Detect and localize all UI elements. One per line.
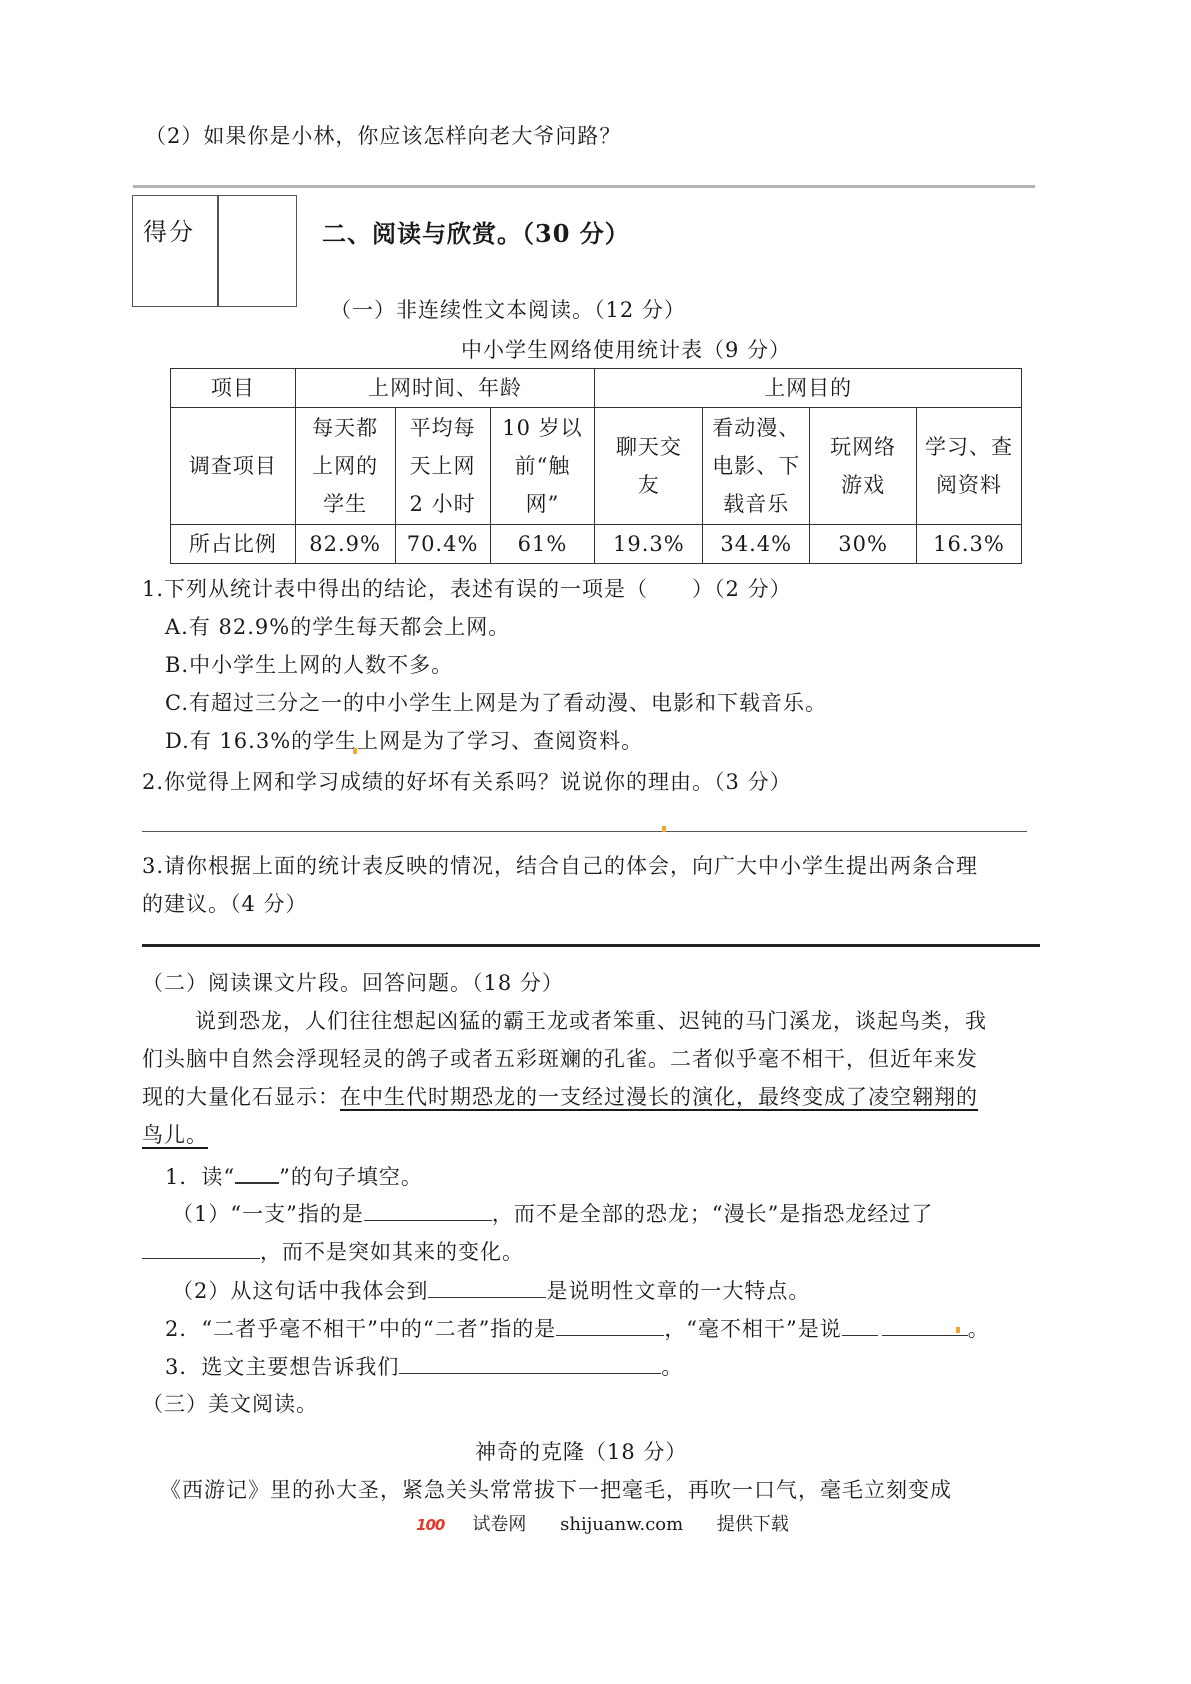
ratio-cell: 19.3% [595, 525, 703, 564]
part3-heading: （三）美文阅读。 [142, 1390, 318, 1418]
q-text: （1）“一支”指的是 [172, 1202, 364, 1226]
page-footer: 100试卷网 shijuanw.com 提供下载 [0, 1510, 1191, 1536]
ratio-cell: 30% [810, 525, 917, 564]
score-box: 得分 [132, 195, 297, 307]
q-text: 。 [968, 1317, 990, 1341]
q-text: （2）从这句话中我体会到 [172, 1279, 428, 1303]
statistics-table: 项目 上网时间、年龄 上网目的 调查项目 每天都 上网的 学生 平均每 天上网 … [170, 368, 1022, 564]
table-header-row: 项目 上网时间、年龄 上网目的 [171, 369, 1022, 408]
highlight-mark [956, 1327, 960, 1333]
cell-line: 阅资料 [921, 466, 1017, 504]
ratio-cell: 82.9% [295, 525, 395, 564]
q-text: ，而不是全部的恐龙；“漫长”是指恐龙经过了 [492, 1202, 933, 1226]
part2-q1-1-cont: ，而不是突如其来的变化。 [142, 1236, 524, 1266]
q-text: 。 [661, 1355, 683, 1379]
passage-text: 现的大量化石显示： [142, 1085, 340, 1109]
cell-line: 游戏 [814, 466, 912, 504]
part1-q1-stem: 1.下列从统计表中得出的结论，表述有误的一项是（ ）（2 分） [142, 575, 792, 603]
item-cell: 看动漫、 电影、下 载音乐 [703, 408, 810, 525]
q-text: ”的句子填空。 [279, 1165, 423, 1189]
row-label: 调查项目 [171, 408, 296, 525]
row-label: 所占比例 [171, 525, 296, 564]
q-text: ，而不是突如其来的变化。 [260, 1240, 524, 1264]
q-text: 1．读“ [165, 1165, 235, 1189]
highlight-mark [662, 826, 666, 832]
part2-q3: 3．选文主要想告诉我们。 [165, 1351, 683, 1381]
fill-blank[interactable] [842, 1313, 878, 1336]
passage-line: 现的大量化石显示：在中生代时期恐龙的一支经过漫长的演化，最终变成了凌空翱翔的 [142, 1083, 978, 1111]
score-label: 得分 [143, 212, 195, 247]
site-domain[interactable]: shijuanw.com [560, 1514, 683, 1535]
option-b: B.中小学生上网的人数不多。 [165, 651, 453, 679]
fill-blank[interactable] [142, 1236, 260, 1259]
header-cell: 项目 [171, 369, 296, 408]
header-cell: 上网时间、年龄 [295, 369, 595, 408]
q-text: 2．“二者乎毫不相干”中的“二者”指的是 [165, 1317, 556, 1341]
site-name: 试卷网 [472, 1514, 526, 1535]
item-cell: 聊天交 友 [595, 408, 703, 525]
cell-line: 2 小时 [400, 485, 486, 523]
part2-q2: 2．“二者乎毫不相干”中的“二者”指的是，“毫不相干”是说。 [165, 1313, 990, 1343]
cell-line: 载音乐 [707, 485, 805, 523]
article-title: 神奇的克隆（18 分） [475, 1438, 687, 1466]
part1-heading: （一）非连续性文本阅读。（12 分） [330, 296, 686, 324]
cell-line: 上网的 [300, 447, 391, 485]
cell-line: 学生 [300, 485, 391, 523]
fill-blank[interactable] [556, 1313, 664, 1336]
cell-line: 10 岁以 [495, 409, 591, 447]
previous-question: （2）如果你是小林，你应该怎样向老大爷问路？ [145, 122, 621, 150]
cell-line: 天上网 [400, 447, 486, 485]
logo-100-icon: 100 [416, 1516, 444, 1534]
cell-line: 电影、下 [707, 447, 805, 485]
option-d: D.有 16.3%的学生上网是为了学习、查阅资料。 [165, 727, 643, 755]
part2-q1: 1．读“”的句子填空。 [165, 1160, 423, 1191]
header-cell: 上网目的 [595, 369, 1022, 408]
table-row-ratios: 所占比例 82.9% 70.4% 61% 19.3% 34.4% 30% 16.… [171, 525, 1022, 564]
passage-line: 们头脑中自然会浮现轻灵的鸽子或者五彩斑斓的孔雀。二者似乎毫不相干，但近年来发 [142, 1045, 978, 1073]
site-logo: 100试卷网 [402, 1514, 540, 1535]
item-cell: 平均每 天上网 2 小时 [395, 408, 490, 525]
part2-q1-2: （2）从这句话中我体会到是说明性文章的一大特点。 [172, 1275, 810, 1305]
score-box-divider [217, 196, 219, 306]
table-row-items: 调查项目 每天都 上网的 学生 平均每 天上网 2 小时 10 岁以 前“触 网… [171, 408, 1022, 525]
q-text: 3．选文主要想告诉我们 [165, 1355, 399, 1379]
answer-line [133, 185, 1035, 188]
fill-blank[interactable] [428, 1275, 546, 1298]
blank [235, 1160, 279, 1184]
cell-line: 平均每 [400, 409, 486, 447]
cell-line: 玩网络 [814, 428, 912, 466]
fill-blank[interactable] [882, 1313, 968, 1336]
table-title: 中小学生网络使用统计表（9 分） [461, 336, 791, 364]
answer-line[interactable] [142, 944, 1040, 947]
article-line: 《西游记》里的孙大圣，紧急关头常常拔下一把毫毛，再吹一口气，毫毛立刻变成 [160, 1476, 952, 1504]
item-cell: 玩网络 游戏 [810, 408, 917, 525]
cell-line: 网” [495, 485, 591, 523]
cell-line: 友 [599, 466, 698, 504]
cell-line: 看动漫、 [707, 409, 805, 447]
footer-note: 提供下载 [717, 1514, 789, 1535]
passage-line: 鸟儿。 [142, 1121, 208, 1149]
underlined-sentence: 鸟儿。 [142, 1123, 208, 1147]
fill-blank[interactable] [399, 1351, 661, 1374]
highlight-mark [353, 748, 357, 754]
ratio-cell: 61% [490, 525, 595, 564]
part2-q1-1: （1）“一支”指的是，而不是全部的恐龙；“漫长”是指恐龙经过了 [172, 1198, 933, 1228]
cell-line: 聊天交 [599, 428, 698, 466]
answer-line[interactable] [142, 831, 1027, 832]
q-text: ，“毫不相干”是说 [664, 1317, 841, 1341]
passage-line: 说到恐龙，人们往往想起凶猛的霸王龙或者笨重、迟钝的马门溪龙，谈起鸟类，我 [195, 1007, 987, 1035]
option-a: A.有 82.9%的学生每天都会上网。 [165, 613, 510, 641]
cell-line: 学习、查 [921, 428, 1017, 466]
fill-blank[interactable] [364, 1198, 492, 1221]
q-text: 是说明性文章的一大特点。 [546, 1279, 810, 1303]
underlined-sentence: 在中生代时期恐龙的一支经过漫长的演化，最终变成了凌空翱翔的 [340, 1085, 978, 1109]
part2-heading: （二）阅读课文片段。回答问题。（18 分） [142, 969, 564, 997]
cell-line: 每天都 [300, 409, 391, 447]
item-cell: 学习、查 阅资料 [917, 408, 1022, 525]
section-title: 二、阅读与欣赏。（30 分） [322, 214, 630, 249]
ratio-cell: 70.4% [395, 525, 490, 564]
cell-line: 前“触 [495, 447, 591, 485]
ratio-cell: 34.4% [703, 525, 810, 564]
item-cell: 每天都 上网的 学生 [295, 408, 395, 525]
item-cell: 10 岁以 前“触 网” [490, 408, 595, 525]
ratio-cell: 16.3% [917, 525, 1022, 564]
part1-q2: 2.你觉得上网和学习成绩的好坏有关系吗？说说你的理由。（3 分） [142, 768, 792, 796]
part1-q3-line2: 的建议。（4 分） [142, 890, 308, 918]
option-c: C.有超过三分之一的中小学生上网是为了看动漫、电影和下载音乐。 [165, 689, 827, 717]
part1-q3-line1: 3.请你根据上面的统计表反映的情况，结合自己的体会，向广大中小学生提出两条合理 [142, 852, 978, 880]
